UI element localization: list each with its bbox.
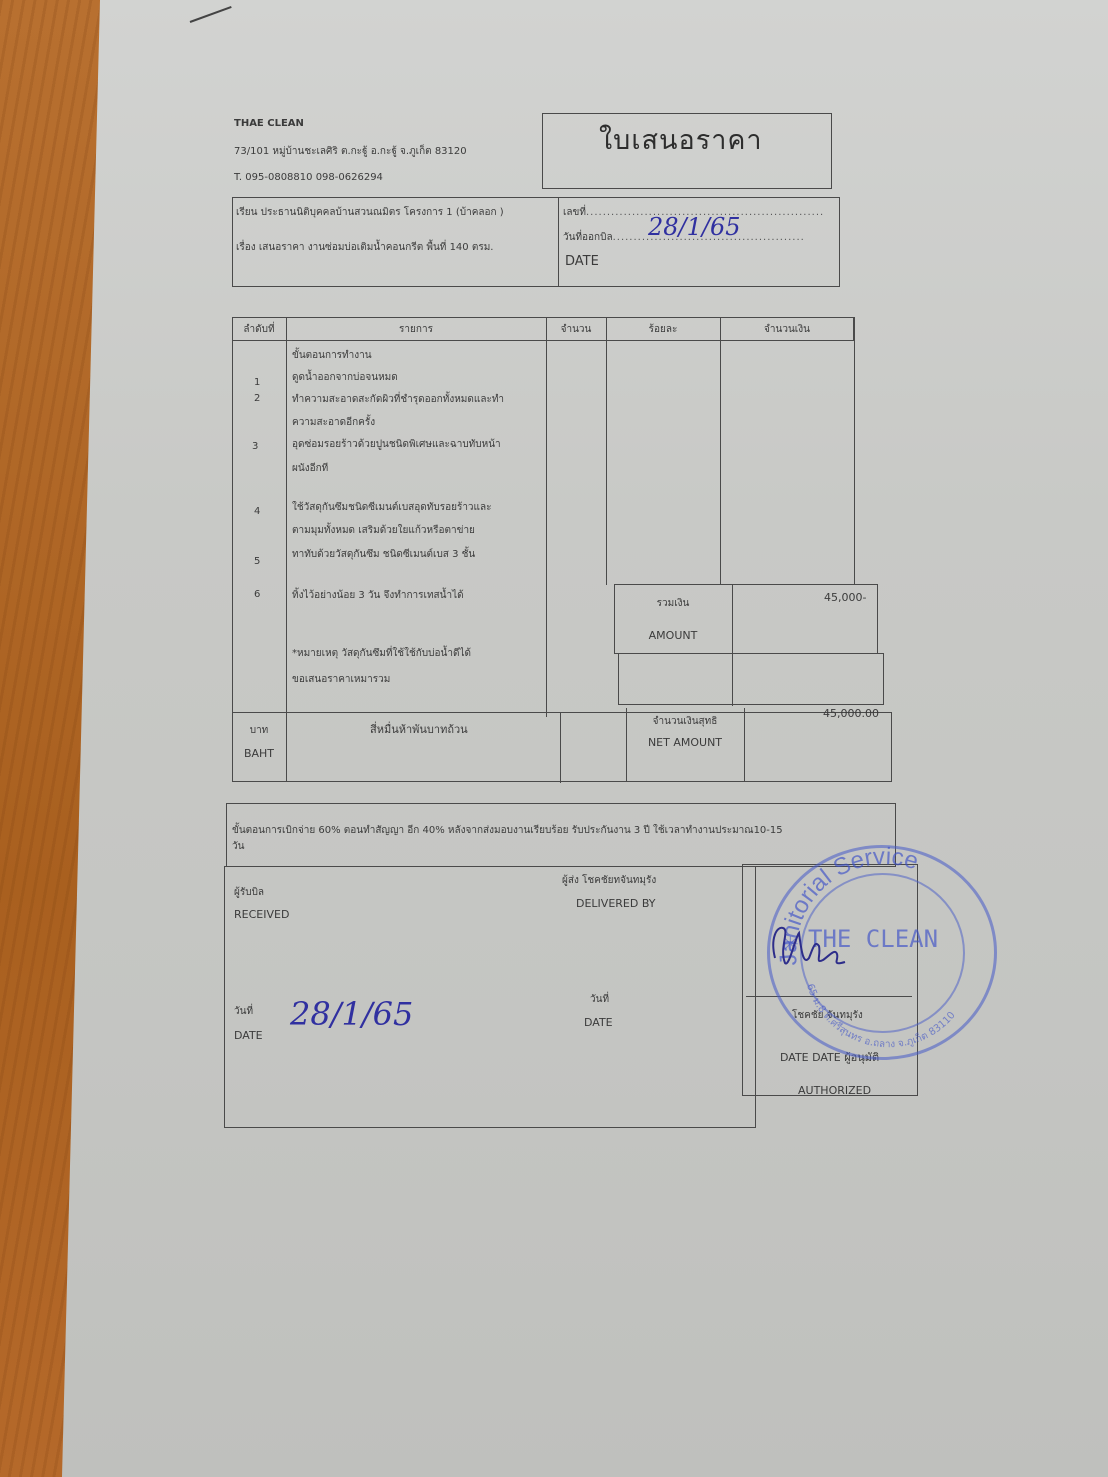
title-box: ใบเสนอราคา [542, 113, 832, 189]
item-no: 5 [254, 556, 260, 567]
baht-label-th: บาท [232, 723, 286, 738]
item-line: ตามมุมทั้งหมด เสริมด้วยใยแก้วหรือตาข่าย [292, 523, 475, 538]
received-label-en: RECEIVED [234, 908, 289, 921]
delivered-date-label-th: วันที่ [590, 992, 609, 1007]
header-no: ลำดับที่ [232, 322, 286, 337]
item-line: อุดซ่อมรอยร้าวด้วยปูนชนิดพิเศษและฉาบทับห… [292, 437, 501, 452]
item-no: 2 [254, 393, 260, 404]
header-amount: จำนวนเงิน [720, 322, 854, 337]
net-amount-row [232, 712, 892, 782]
subject-label: เรื่อง [236, 242, 256, 253]
blank-box [618, 653, 884, 705]
signature-scribble [765, 918, 855, 978]
subject-value: เสนอราคา งานซ่อมบ่อเติมน้ำคอนกรีต พื้นที… [259, 242, 494, 253]
delivered-label-th: ผู้ส่ง โชคชัยทจันทมุรัง [562, 873, 656, 888]
item-line: ใช้วัสดุกันซึมชนิดซีเมนต์เบสอุดทับรอยร้า… [292, 500, 492, 515]
items-intro: ขั้นตอนการทำงาน [292, 348, 372, 363]
company-name: THAE CLEAN [234, 118, 304, 129]
company-phone: T. 095-0808810 098-0626294 [234, 172, 383, 183]
item-no: 4 [254, 506, 260, 517]
delivered-label-en: DELIVERED BY [576, 897, 656, 910]
received-label-th: ผู้รับบิล [234, 885, 264, 900]
issue-date-handwritten: 28/1/65 [648, 213, 741, 241]
net-label-en: NET AMOUNT [626, 736, 744, 749]
terms-line-2: วัน [232, 839, 244, 854]
note-line: *หมายเหตุ วัสดุกันซึมที่ใช้ใช้กับบ่อน้ำด… [292, 646, 471, 661]
to-label: เรียน [236, 207, 257, 218]
recipient-to: เรียน ประธานนิติบุคคลบ้านสวนณมิตร โครงกา… [236, 205, 504, 220]
item-line: ทิ้งไว้อย่างน้อย 3 วัน จึงทำการเทสน้ำได้ [292, 588, 464, 603]
to-value: ประธานนิติบุคคลบ้านสวนณมิตร โครงการ 1 (บ… [261, 207, 504, 218]
item-no: 6 [254, 589, 260, 600]
net-value: 45,000.00 [823, 707, 879, 720]
document-title: ใบเสนอราคา [599, 118, 763, 161]
item-line: ความสะอาดอีกครั้ง [292, 415, 375, 430]
baht-label-en: BAHT [232, 747, 286, 760]
received-date-handwritten: 28/1/65 [290, 995, 413, 1033]
header-description: รายการ [286, 322, 546, 337]
recipient-subject: เรื่อง เสนอราคา งานซ่อมบ่อเติมน้ำคอนกรีต… [236, 240, 493, 255]
header-percent: ร้อยละ [606, 322, 720, 337]
item-no: 3 [252, 441, 258, 452]
delivered-date-label-en: DATE [584, 1016, 613, 1029]
header-quantity: จำนวน [546, 322, 606, 337]
item-line: ทำความสะอาดสะกัดผิวที่ชำรุดออกทั้งหมดและ… [292, 392, 504, 407]
number-label: เลขที่ [563, 207, 586, 218]
date-label: DATE [565, 254, 599, 269]
authorized-label-en: AUTHORIZED [798, 1084, 871, 1097]
company-address: 73/101 หมู่บ้านชะเลศิริ ต.กะฐู้ อ.กะฐู้ … [234, 144, 467, 159]
issue-date-label: วันที่ออกบิล [563, 232, 613, 243]
item-line: ทาทับด้วยวัสดุกันซึม ชนิดซีเมนต์เบส 3 ชั… [292, 547, 475, 562]
amount-label-th: รวมเงิน [614, 596, 732, 611]
svg-text:65 ม.8 ต.ศรีสุนทร อ.ถลาง จ.ภูเ: 65 ม.8 ต.ศรีสุนทร อ.ถลาง จ.ภูเก็ต 83110 [804, 983, 958, 1051]
terms-line-1: ขั้นตอนการเบิกจ่าย 60% ตอนทำสัญญา อีก 40… [232, 823, 783, 838]
received-date-label-en: DATE [234, 1029, 263, 1042]
note-line: ขอเสนอราคาเหมารวม [292, 672, 390, 687]
amount-in-words: สี่หมื่นห้าพันบาทถ้วน [370, 720, 468, 738]
item-no: 1 [254, 377, 260, 388]
net-label-th: จำนวนเงินสุทธิ [626, 714, 744, 729]
item-line: ผนังอีกที [292, 461, 328, 476]
item-line: ดูดน้ำออกจากบ่อจนหมด [292, 370, 398, 385]
received-date-label-th: วันที่ [234, 1004, 253, 1019]
amount-value: 45,000- [824, 591, 866, 604]
divider [558, 197, 559, 287]
amount-label-en: AMOUNT [614, 629, 732, 642]
